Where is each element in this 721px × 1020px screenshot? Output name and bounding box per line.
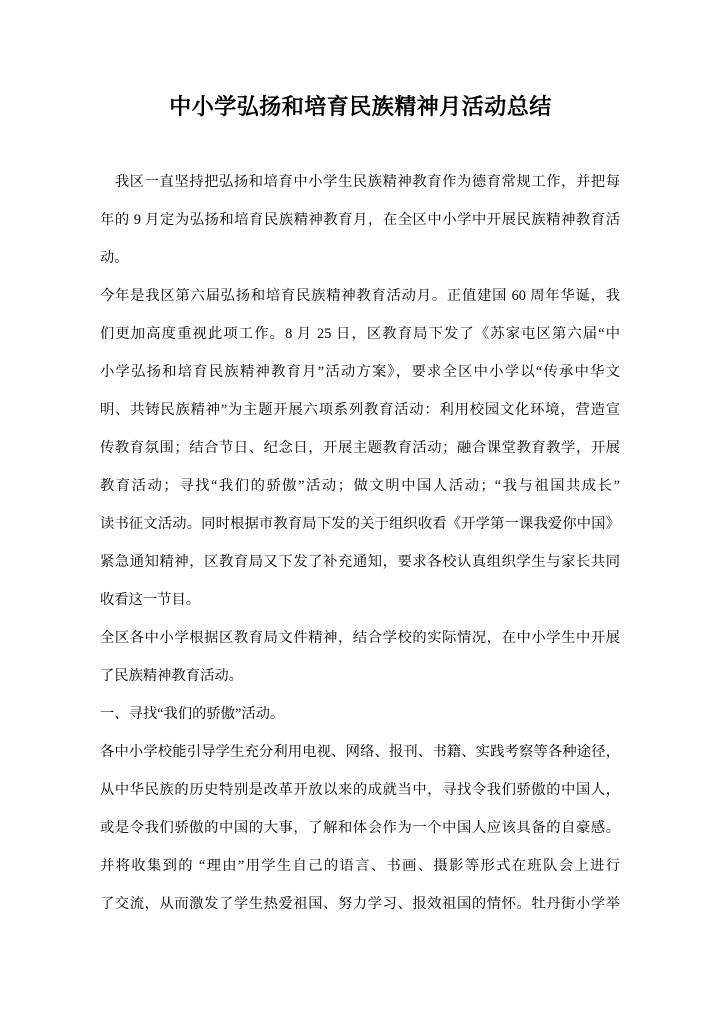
text-line: 或是令我们骄傲的中国的大事，了解和体会作为一个中国人应该具备的自豪感。 bbox=[100, 809, 620, 847]
text-line: 全区各中小学根据区教育局文件精神，结合学校的实际情况，在中小学生中开展 bbox=[100, 619, 620, 657]
text-line: 各中小学校能引导学生充分利用电视、网络、报刊、书籍、实践考察等各种途径， bbox=[100, 733, 620, 771]
text-line: 并将收集到的 “理由”用学生自己的语言、书画、摄影等形式在班队会上进行 bbox=[100, 847, 620, 885]
text-line: 明、共铸民族精神”为主题开展六项系列教育活动：利用校园文化环境，营造宣 bbox=[100, 391, 620, 429]
text-line: 教育活动；寻找“我们的骄傲”活动；做文明中国人活动；“我与祖国共成长” bbox=[100, 467, 620, 505]
text-line: 收看这一节目。 bbox=[100, 581, 620, 619]
text-line: 一、寻找“我们的骄傲”活动。 bbox=[100, 695, 620, 733]
text-line: 从中华民族的历史特别是改革开放以来的成就当中，寻找令我们骄傲的中国人， bbox=[100, 771, 620, 809]
text-line: 传教育氛围；结合节日、纪念日，开展主题教育活动；融合课堂教育教学，开展 bbox=[100, 429, 620, 467]
text-line: 了民族精神教育活动。 bbox=[100, 657, 620, 695]
text-line: 年的 9 月定为弘扬和培育民族精神教育月，在全区中小学中开展民族精神教育活 bbox=[100, 201, 620, 239]
text-line: 们更加高度重视此项工作。8 月 25 日，区教育局下发了《苏家屯区第六届“中 bbox=[100, 315, 620, 353]
document-page: 中小学弘扬和培育民族精神月活动总结 我区一直坚持把弘扬和培育中小学生民族精神教育… bbox=[0, 0, 721, 1020]
document-title: 中小学弘扬和培育民族精神月活动总结 bbox=[0, 88, 721, 126]
text-line: 我区一直坚持把弘扬和培育中小学生民族精神教育作为德育常规工作，并把每 bbox=[100, 163, 620, 201]
text-line: 今年是我区第六届弘扬和培育民族精神教育活动月。正值建国 60 周年华诞，我 bbox=[100, 277, 620, 315]
text-line: 了交流，从而激发了学生热爱祖国、努力学习、报效祖国的情怀。牡丹街小学举 bbox=[100, 885, 620, 923]
text-line: 读书征文活动。同时根据市教育局下发的关于组织收看《开学第一课我爱你中国》 bbox=[100, 505, 620, 543]
text-line: 动。 bbox=[100, 239, 620, 277]
document-body: 我区一直坚持把弘扬和培育中小学生民族精神教育作为德育常规工作，并把每年的 9 月… bbox=[100, 163, 620, 923]
text-line: 紧急通知精神，区教育局又下发了补充通知，要求各校认真组织学生与家长共同 bbox=[100, 543, 620, 581]
text-line: 小学弘扬和培育民族精神教育月”活动方案》，要求全区中小学以“传承中华文 bbox=[100, 353, 620, 391]
